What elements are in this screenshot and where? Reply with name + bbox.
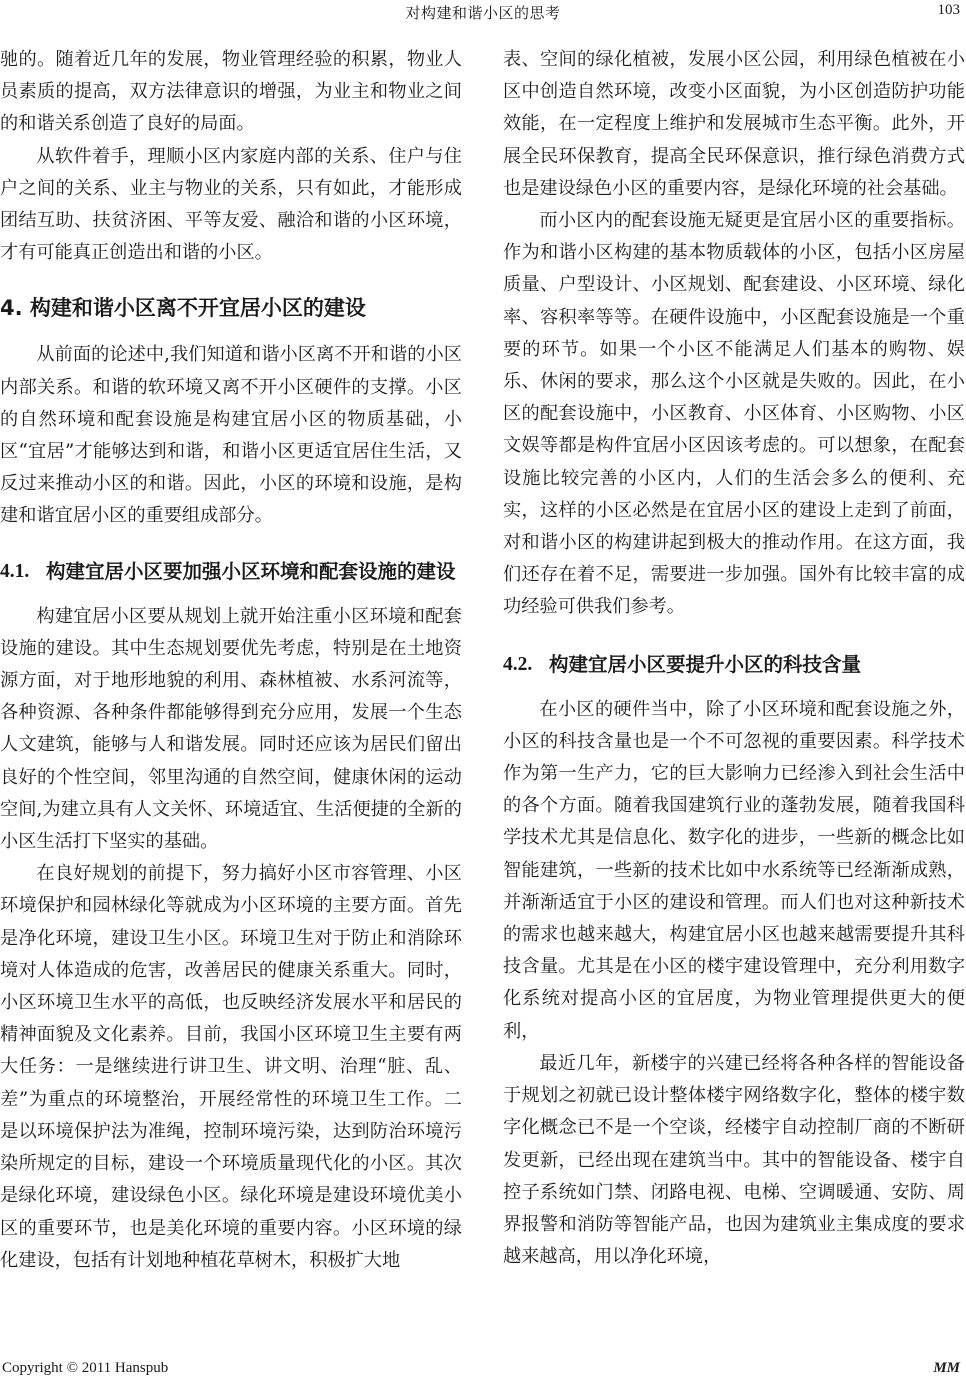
paragraph: 从前面的论述中,我们知道和谐小区离不开和谐的小区内部关系。和谐的软环境又离不开小…	[0, 339, 462, 532]
paragraph: 表、空间的绿化植被，发展小区公园，利用绿色植被在小区中创造自然环境，改变小区面貌…	[503, 44, 965, 205]
subsection-title: 构建宜居小区要提升小区的科技含量	[549, 648, 965, 682]
subsection-number: 4.2.	[503, 648, 549, 682]
journal-abbreviation: MM	[933, 1360, 960, 1377]
page-number: 103	[938, 2, 961, 19]
section-heading: 4. 构建和谐小区离不开宜居小区的建设	[0, 291, 462, 325]
subsection-heading: 4.2. 构建宜居小区要提升小区的科技含量	[503, 648, 965, 682]
paragraph: 在良好规划的前提下，努力搞好小区市容管理、小区环境保护和园林绿化等就成为小区环境…	[0, 858, 462, 1277]
subsection-number: 4.1.	[0, 555, 46, 589]
paragraph: 驰的。随着近几年的发展，物业管理经验的积累，物业人员素质的提高，双方法律意识的增…	[0, 44, 462, 141]
paragraph: 构建宜居小区要从规划上就开始注重小区环境和配套设施的建设。其中生态规划要优先考虑…	[0, 601, 462, 859]
running-header: 对构建和谐小区的思考 103	[0, 0, 966, 28]
right-column: 表、空间的绿化植被，发展小区公园，利用绿色植被在小区中创造自然环境，改变小区面貌…	[503, 44, 965, 1273]
left-column: 驰的。随着近几年的发展，物业管理经验的积累，物业人员素质的提高，双方法律意识的增…	[0, 44, 462, 1277]
paragraph: 而小区内的配套设施无疑更是宜居小区的重要指标。作为和谐小区构建的基本物质载体的小…	[503, 205, 965, 624]
copyright-notice: Copyright © 2011 Hanspub	[2, 1360, 168, 1377]
paragraph: 从软件着手，理顺小区内家庭内部的关系、住户与住户之间的关系、业主与物业的关系，只…	[0, 141, 462, 270]
subsection-title: 构建宜居小区要加强小区环境和配套设施的建设	[46, 555, 462, 589]
paragraph: 最近几年，新楼宇的兴建已经将各种各样的智能设备于规划之初就已设计整体楼宇网络数字…	[503, 1048, 965, 1273]
subsection-heading: 4.1. 构建宜居小区要加强小区环境和配套设施的建设	[0, 555, 462, 589]
page-footer: Copyright © 2011 Hanspub MM	[0, 1360, 966, 1386]
paragraph: 在小区的硬件当中，除了小区环境和配套设施之外，小区的科技含量也是一个不可忽视的重…	[503, 694, 965, 1048]
running-title: 对构建和谐小区的思考	[0, 2, 966, 23]
